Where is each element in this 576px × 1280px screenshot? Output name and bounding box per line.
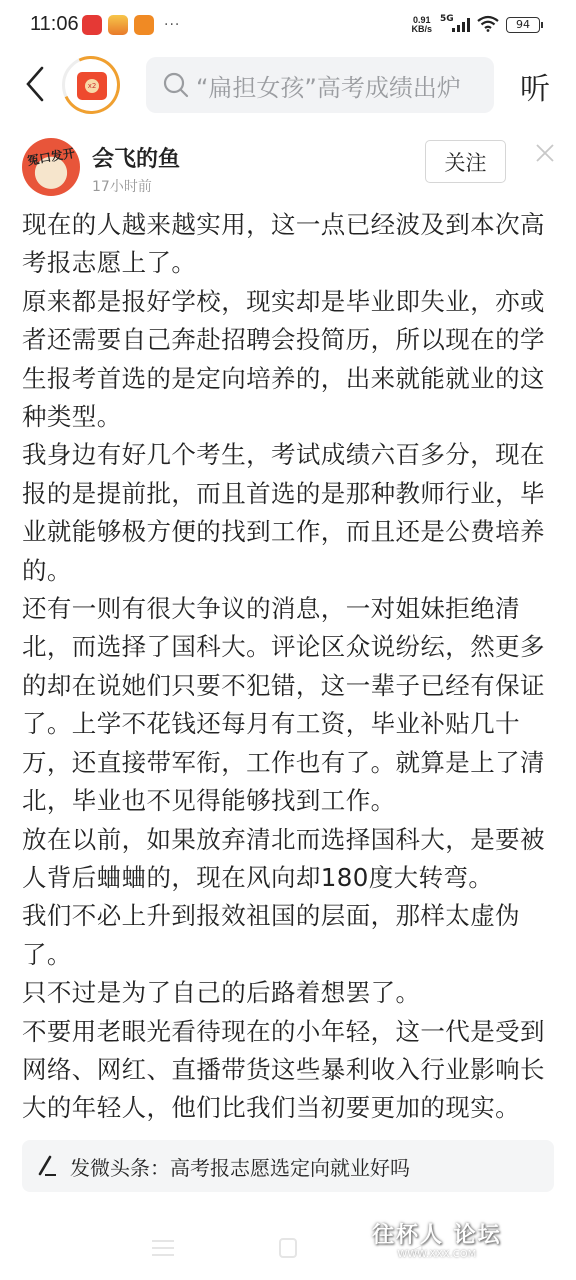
status-indicators: 0.91 KB/s 5G 94 <box>411 14 540 36</box>
search-placeholder: “扁担女孩”高考成绩出炉 <box>196 68 461 103</box>
article-paragraph: 现在的人越来越实用，这一点已经波及到本次高考报志愿上了。 <box>22 206 554 283</box>
article-body: 现在的人越来越实用，这一点已经波及到本次高考报志愿上了。 原来都是报好学校，现实… <box>22 206 554 1128</box>
post-time: 17小时前 <box>92 176 152 196</box>
red-packet-reward-button[interactable]: x2 <box>62 56 120 114</box>
article-paragraph: 只不过是为了自己的后路着想罢了。 <box>22 974 554 1012</box>
game-app-icon <box>108 15 128 35</box>
search-input[interactable]: “扁担女孩”高考成绩出炉 <box>146 57 494 113</box>
pen-icon <box>36 1154 60 1178</box>
battery-icon: 94 <box>506 17 540 33</box>
watermark: 往杯人 论坛 WWW.XXX.COM <box>372 1218 502 1260</box>
system-nav-bar: ◁ 往杯人 论坛 WWW.XXX.COM <box>0 1210 576 1280</box>
home-button[interactable] <box>279 1238 297 1258</box>
article-paragraph: 原来都是报好学校，现实却是毕业即失业，亦或者还需要自己奔赴招聘会投简历，所以现在… <box>22 283 554 437</box>
chevron-left-icon <box>18 64 54 104</box>
status-bar: 11:06 ··· 0.91 KB/s 5G 94 <box>0 0 576 50</box>
top-nav: x2 “扁担女孩”高考成绩出炉 听 <box>0 50 576 122</box>
net-speed: 0.91 KB/s <box>411 16 432 34</box>
follow-button[interactable]: 关注 <box>425 140 506 183</box>
browser-app-icon <box>134 15 154 35</box>
avatar[interactable]: 冤口发开 <box>22 138 80 196</box>
recent-apps-button[interactable] <box>152 1240 174 1256</box>
more-notifications-icon: ··· <box>164 17 180 33</box>
back-button[interactable] <box>18 64 54 104</box>
listen-button[interactable]: 听 <box>520 64 550 108</box>
news-app-icon <box>82 15 102 35</box>
publish-label: 发微头条：高考报志愿选定向就业好吗 <box>70 1152 410 1181</box>
wifi-icon <box>476 14 500 36</box>
notification-icons: ··· <box>82 15 180 35</box>
status-time: 11:06 <box>30 13 79 36</box>
cellular-signal-icon: 5G <box>452 18 470 32</box>
reward-badge: x2 <box>85 79 99 93</box>
author-row: 冤口发开 会飞的鱼 17小时前 关注 <box>0 134 576 204</box>
publish-micro-post-button[interactable]: 发微头条：高考报志愿选定向就业好吗 <box>22 1140 554 1192</box>
author-name[interactable]: 会飞的鱼 <box>92 142 180 173</box>
article-paragraph: 还有一则有很大争议的消息，一对姐妹拒绝清北，而选择了国科大。评论区众说纷纭，然更… <box>22 590 554 820</box>
article-paragraph: 放在以前，如果放弃清北而选择国科大，是要被人背后蛐蛐的，现在风向却180度大转弯… <box>22 821 554 898</box>
search-icon <box>162 71 190 99</box>
article-paragraph: 不要用老眼光看待现在的小年轻，这一代是受到网络、网红、直播带货这些暴利收入行业影… <box>22 1013 554 1128</box>
article-paragraph: 我身边有好几个考生，考试成绩六百多分，现在报的是提前批，而且首选的是那种教师行业… <box>22 436 554 590</box>
article-paragraph: 我们不必上升到报效祖国的层面，那样太虚伪了。 <box>22 897 554 974</box>
close-icon[interactable] <box>534 142 556 164</box>
